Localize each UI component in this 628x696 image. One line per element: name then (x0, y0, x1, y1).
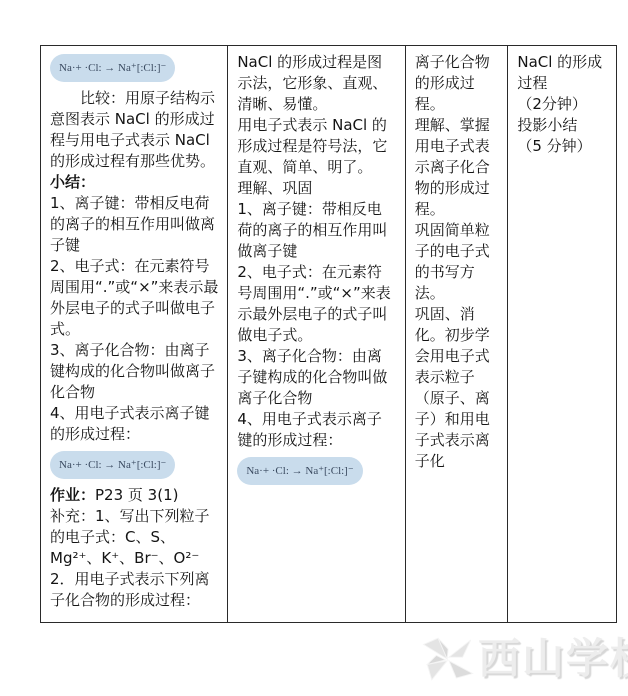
compare-paragraph: 比较：用原子结构示意图表示 NaCl 的形成过程与用电子式表示 NaCl 的形成… (50, 88, 219, 172)
column-design-intent: 离子化合物的形成过程。 理解、掌握用电子式表示离子化合物的形成过程。 巩固简单粒… (406, 46, 509, 622)
timing-title-2: 投影小结 (517, 115, 608, 136)
summary-heading: 小结： (50, 172, 219, 193)
lesson-plan-table: Na·+ ·Cl: → Na⁺[:Cl:]⁻ 比较：用原子结构示意图表示 NaC… (40, 45, 617, 623)
timing-title-1: NaCl 的形成过程 (517, 52, 608, 94)
consolidate-item-1: 1、离子键：带相反电荷的离子的相互作用叫做离子键 (237, 199, 396, 262)
activity-paragraph-1: NaCl 的形成过程是图示法，它形象、直观、清晰、易懂。 (237, 52, 396, 115)
consolidate-item-2: 2、电子式：在元素符号周围用“.”或“×”来表示最外层电子的式子叫做电子式。 (237, 262, 396, 346)
consolidate-item-4: 4、用电子式表示离子键的形成过程： (237, 409, 396, 451)
intent-paragraph-2: 理解、掌握用电子式表示离子化合物的形成过程。 (415, 115, 500, 220)
summary-item-2: 2、电子式：在元素符号周围用“.”或“×”来表示最外层电子的式子叫做电子式。 (50, 256, 219, 340)
homework-label: 作业： (50, 486, 95, 504)
school-logo-icon (420, 631, 478, 687)
document-page: Na·+ ·Cl: → Na⁺[:Cl:]⁻ 比较：用原子结构示意图表示 NaC… (0, 0, 628, 696)
column-student-activity: NaCl 的形成过程是图示法，它形象、直观、清晰、易懂。 用电子式表示 NaCl… (228, 46, 405, 622)
school-name: 西山学校 (478, 629, 628, 689)
summary-item-4: 4、用电子式表示离子键的形成过程： (50, 403, 219, 445)
intent-paragraph-4: 巩固、消化。初步学会用电子式表示粒子（原子、离子）和用电子式表示离子化 (415, 304, 500, 472)
intent-paragraph-1: 离子化合物的形成过程。 (415, 52, 500, 115)
column-timing: NaCl 的形成过程 （2分钟） 投影小结 （5 分钟） (508, 46, 616, 622)
supplement-paragraph-1: 补充：1、写出下列粒子的电子式：C、S、Mg²⁺、K⁺、Br⁻、O²⁻ (50, 506, 219, 569)
summary-item-3: 3、离子化合物：由离子键构成的化合物叫做离子化合物 (50, 340, 219, 403)
electron-formula-equation-pill: Na·+ ·Cl: → Na⁺[:Cl:]⁻ (50, 54, 175, 82)
homework-text: P23 页 3(1) (95, 486, 178, 504)
supplement-paragraph-2: 2．用电子式表示下列离子化合物的形成过程： (50, 569, 219, 611)
timing-minutes-1: （2分钟） (517, 94, 608, 115)
column-teaching-content: Na·+ ·Cl: → Na⁺[:Cl:]⁻ 比较：用原子结构示意图表示 NaC… (41, 46, 228, 622)
electron-formula-equation-pill: Na·+ ·Cl: → Na⁺[:Cl:]⁻ (237, 457, 362, 485)
understand-consolidate-heading: 理解、巩固 (237, 178, 396, 199)
timing-minutes-2: （5 分钟） (517, 136, 608, 157)
consolidate-item-3: 3、离子化合物：由离子键构成的化合物叫做离子化合物 (237, 346, 396, 409)
summary-item-1: 1、离子键：带相反电荷的离子的相互作用叫做离子键 (50, 193, 219, 256)
activity-paragraph-2: 用电子式表示 NaCl 的形成过程是符号法，它直观、简单、明了。 (237, 115, 396, 178)
electron-formula-equation-pill: Na·+ ·Cl: → Na⁺[:Cl:]⁻ (50, 451, 175, 479)
intent-paragraph-3: 巩固简单粒子的电子式的书写方法。 (415, 220, 500, 304)
watermark: 西山学校 (420, 626, 628, 692)
homework-line: 作业：P23 页 3(1) (50, 485, 219, 506)
